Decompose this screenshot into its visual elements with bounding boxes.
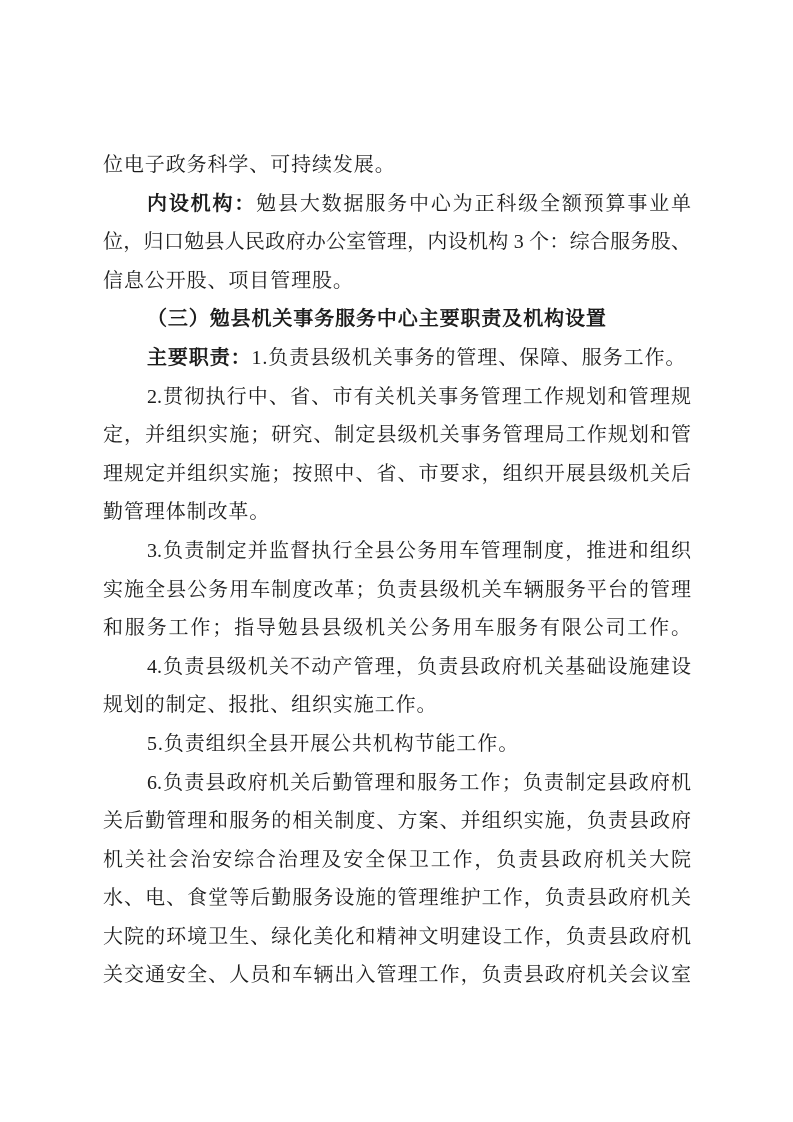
bold-lead-label: 主要职责： xyxy=(147,347,252,369)
line-text: 1.负责县级机关事务的管理、保障、服务工作。 xyxy=(252,347,687,369)
document-line: 6.负责县政府机关后勤管理和服务工作；负责制定县政府机 xyxy=(103,764,691,803)
line-text: 2.贯彻执行中、省、市有关机关事务管理工作规划和管理规 xyxy=(147,386,691,408)
line-text: 信息公开股、项目管理股。 xyxy=(103,270,354,292)
line-text: 定，并组织实施；研究、制定县级机关事务管理局工作规划和管 xyxy=(103,424,691,446)
line-text: 6.负责县政府机关后勤管理和服务工作；负责制定县政府机 xyxy=(147,772,691,794)
document-line: 定，并组织实施；研究、制定县级机关事务管理局工作规划和管 xyxy=(103,416,691,455)
line-text: 3.负责制定并监督执行全县公务用车管理制度，推进和组织 xyxy=(147,540,691,562)
document-line: 规划的制定、报批、组织实施工作。 xyxy=(103,686,691,725)
line-text: 4.负责县级机关不动产管理，负责县政府机关基础设施建设 xyxy=(147,656,691,678)
bold-lead-label: 内设机构： xyxy=(147,193,256,215)
document-line: 位，归口勉县人民政府办公室管理，内设机构 3 个：综合服务股、 xyxy=(103,223,691,262)
document-line: 关交通安全、人员和车辆出入管理工作，负责县政府机关会议室 xyxy=(103,956,691,995)
line-text: 关后勤管理和服务的相关制度、方案、并组织实施，负责县政府 xyxy=(103,810,691,832)
document-line: 勤管理体制改革。 xyxy=(103,493,691,532)
document-line: 关后勤管理和服务的相关制度、方案、并组织实施，负责县政府 xyxy=(103,802,691,841)
line-text: 关交通安全、人员和车辆出入管理工作，负责县政府机关会议室 xyxy=(103,964,691,986)
document-line: 信息公开股、项目管理股。 xyxy=(103,262,691,301)
document-line: 理规定并组织实施；按照中、省、市要求，组织开展县级机关后 xyxy=(103,455,691,494)
line-text: 实施全县公务用车制度改革；负责县级机关车辆服务平台的管理 xyxy=(103,579,691,601)
line-text: 勤管理体制改革。 xyxy=(103,501,270,523)
line-text: 大院的环境卫生、绿化美化和精神文明建设工作，负责县政府机 xyxy=(103,926,691,948)
document-line: 内设机构：勉县大数据服务中心为正科级全额预算事业单 xyxy=(103,185,691,224)
document-line: 和服务工作；指导勉县县级机关公务用车服务有限公司工作。 xyxy=(103,609,691,648)
line-text: 理规定并组织实施；按照中、省、市要求，组织开展县级机关后 xyxy=(103,463,691,485)
document-line: 主要职责：1.负责县级机关事务的管理、保障、服务工作。 xyxy=(103,339,691,378)
document-line: 5.负责组织全县开展公共机构节能工作。 xyxy=(103,725,691,764)
document-line: 2.贯彻执行中、省、市有关机关事务管理工作规划和管理规 xyxy=(103,378,691,417)
document-line: 水、电、食堂等后勤服务设施的管理维护工作，负责县政府机关 xyxy=(103,879,691,918)
line-text: 水、电、食堂等后勤服务设施的管理维护工作，负责县政府机关 xyxy=(103,887,691,909)
section-heading: （三）勉县机关事务服务中心主要职责及机构设置 xyxy=(103,300,691,339)
line-text: 位，归口勉县人民政府办公室管理，内设机构 3 个：综合服务股、 xyxy=(103,231,691,253)
document-line: 4.负责县级机关不动产管理，负责县政府机关基础设施建设 xyxy=(103,648,691,687)
line-text: 5.负责组织全县开展公共机构节能工作。 xyxy=(147,733,519,755)
document-line: 机关社会治安综合治理及安全保卫工作，负责县政府机关大院 xyxy=(103,841,691,880)
document-page: 位电子政务科学、可持续发展。内设机构：勉县大数据服务中心为正科级全额预算事业单位… xyxy=(0,0,793,1122)
line-text: 和服务工作；指导勉县县级机关公务用车服务有限公司工作。 xyxy=(103,617,691,639)
line-text: （三）勉县机关事务服务中心主要职责及机构设置 xyxy=(147,308,607,330)
text-block: 位电子政务科学、可持续发展。内设机构：勉县大数据服务中心为正科级全额预算事业单位… xyxy=(103,146,691,995)
line-text: 勉县大数据服务中心为正科级全额预算事业单 xyxy=(256,193,691,215)
line-text: 位电子政务科学、可持续发展。 xyxy=(103,154,396,176)
line-text: 机关社会治安综合治理及安全保卫工作，负责县政府机关大院 xyxy=(103,849,691,871)
line-text: 规划的制定、报批、组织实施工作。 xyxy=(103,694,437,716)
document-line: 3.负责制定并监督执行全县公务用车管理制度，推进和组织 xyxy=(103,532,691,571)
document-line: 位电子政务科学、可持续发展。 xyxy=(103,146,691,185)
document-line: 实施全县公务用车制度改革；负责县级机关车辆服务平台的管理 xyxy=(103,571,691,610)
document-line: 大院的环境卫生、绿化美化和精神文明建设工作，负责县政府机 xyxy=(103,918,691,957)
